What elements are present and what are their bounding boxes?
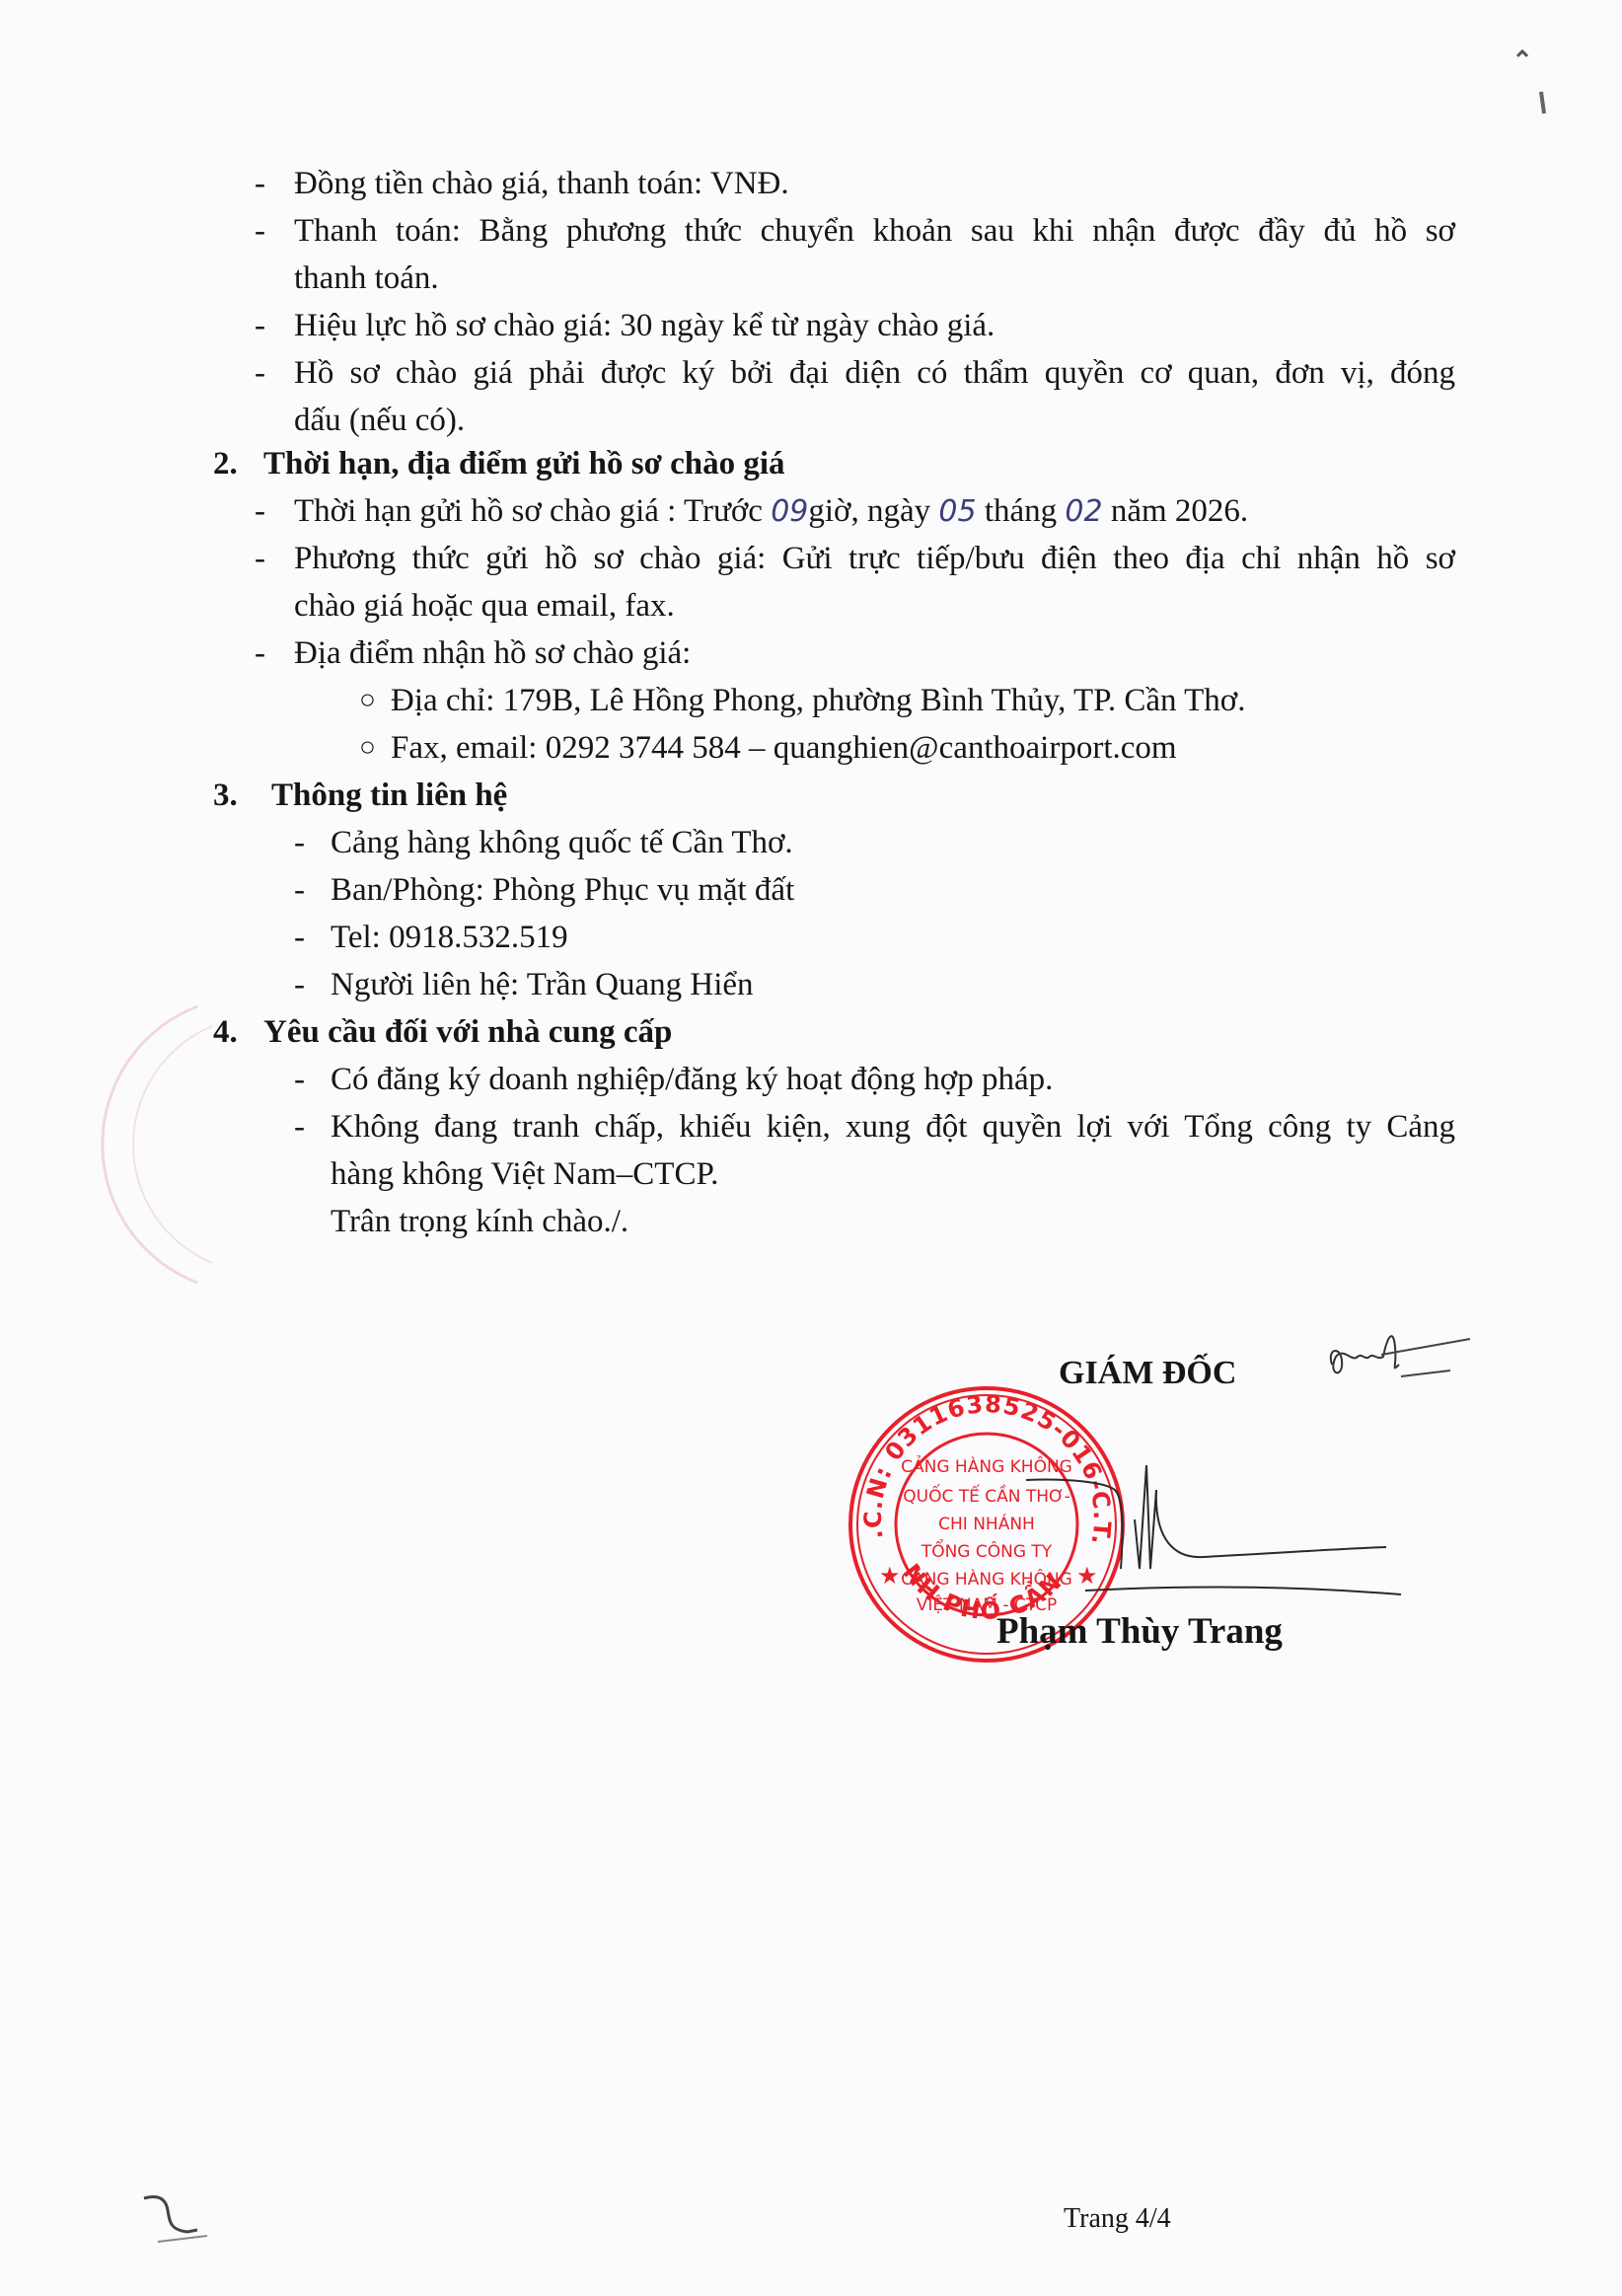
bullet-dash: - [294, 965, 305, 1004]
bullet-text-cont: thanh toán. [294, 259, 439, 298]
document-page: - Đồng tiền chào giá, thanh toán: VNĐ. -… [0, 0, 1622, 2296]
requirement-item: Có đăng ký doanh nghiệp/đăng ký hoạt độn… [331, 1060, 1053, 1099]
fax-email-line: Fax, email: 0292 3744 584 – quanghien@ca… [391, 728, 1177, 768]
bullet-text: Hồ sơ chào giá phải được ký bởi đại diện… [294, 353, 1455, 393]
bullet-dash: - [294, 870, 305, 910]
bullet-dash: - [255, 211, 265, 251]
bullet-dash: - [294, 823, 305, 862]
contact-item: Người liên hệ: Trần Quang Hiển [331, 965, 754, 1004]
year-text: năm 2026. [1111, 493, 1248, 529]
handwritten-hour: 09 [771, 494, 808, 529]
deadline-prefix: Thời hạn gửi hồ sơ chào giá : Trước [294, 493, 763, 529]
bullet-text: Đồng tiền chào giá, thanh toán: VNĐ. [294, 164, 789, 203]
bullet-dash: - [255, 306, 265, 345]
bullet-dash: - [255, 164, 265, 203]
closing-text: Trân trọng kính chào./. [331, 1202, 628, 1241]
bullet-dash: - [255, 539, 265, 578]
requirement-item-cont: hàng không Việt Nam–CTCP. [331, 1154, 718, 1194]
contact-item: Ban/Phòng: Phòng Phục vụ mặt đất [331, 870, 794, 910]
bullet-dash: - [255, 353, 265, 393]
address-line: Địa chỉ: 179B, Lê Hồng Phong, phường Bìn… [391, 681, 1246, 720]
deadline-line: Thời hạn gửi hồ sơ chào giá : Trước 09gi… [294, 491, 1248, 532]
signatory-name: Phạm Thùy Trang [996, 1610, 1283, 1654]
section-title: Thời hạn, địa điểm gửi hồ sơ chào giá [263, 444, 785, 483]
section-number: 2. [213, 444, 238, 483]
bullet-dash: - [294, 1107, 305, 1147]
section-title: Thông tin liên hệ [271, 776, 507, 815]
contact-item: Cảng hàng không quốc tế Cần Thơ. [331, 823, 793, 862]
bullet-text: Hiệu lực hồ sơ chào giá: 30 ngày kể từ n… [294, 306, 995, 345]
method-line-cont: chào giá hoặc qua email, fax. [294, 586, 675, 626]
scan-mark-icon [1510, 44, 1559, 123]
faint-stamp-ghost [59, 987, 257, 1302]
hour-suffix: giờ, ngày [808, 493, 930, 529]
bullet-dash: - [255, 491, 265, 531]
circle-bullet-icon: ○ [359, 681, 376, 720]
handwritten-month: 02 [1065, 494, 1102, 529]
handwritten-mark-icon [138, 2190, 217, 2250]
bullet-text-cont: dấu (nếu có). [294, 401, 465, 440]
circle-bullet-icon: ○ [359, 728, 376, 768]
svg-text:★: ★ [879, 1562, 901, 1590]
handwritten-day: 05 [938, 494, 976, 529]
page-number: Trang 4/4 [1064, 2202, 1171, 2236]
bullet-dash: - [294, 918, 305, 957]
initials-signature-icon [1322, 1327, 1480, 1386]
bullet-dash: - [255, 633, 265, 673]
contact-item: Tel: 0918.532.519 [331, 918, 568, 957]
requirement-item: Không đang tranh chấp, khiếu kiện, xung … [331, 1107, 1455, 1147]
section-title: Yêu cầu đối với nhà cung cấp [263, 1012, 672, 1052]
method-line: Phương thức gửi hồ sơ chào giá: Gửi trực… [294, 539, 1455, 578]
bullet-dash: - [294, 1060, 305, 1099]
section-number: 3. [213, 776, 238, 815]
bullet-text: Thanh toán: Bằng phương thức chuyển khoả… [294, 211, 1455, 251]
director-signature-icon [1006, 1460, 1401, 1598]
location-label: Địa điểm nhận hồ sơ chào giá: [294, 633, 691, 673]
month-label: tháng [985, 493, 1057, 529]
